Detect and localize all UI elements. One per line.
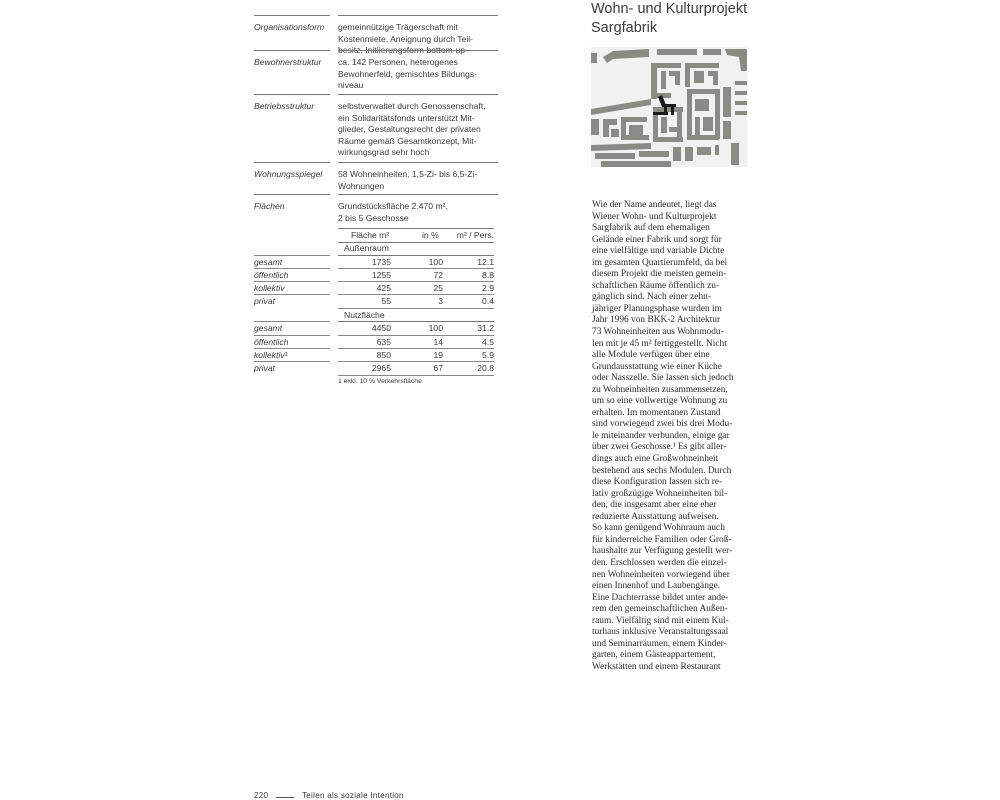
divider xyxy=(254,194,330,195)
divider xyxy=(338,162,498,163)
footnote: 1 exkl. 10 % Verkehrsfläche xyxy=(338,378,422,385)
divider xyxy=(338,228,494,229)
profile-label: Bewohnerstruktur xyxy=(254,57,334,69)
divider xyxy=(338,321,494,322)
divider xyxy=(254,162,330,163)
project-description: Wie der Name andeutet, liegt das Wiener … xyxy=(592,200,752,673)
divider xyxy=(338,335,494,336)
profile-label: Organisationsform xyxy=(254,22,334,34)
divider xyxy=(338,294,494,295)
page-number: 220 xyxy=(254,791,268,800)
col-header-percent: in % xyxy=(422,230,439,241)
divider xyxy=(254,268,330,269)
divider xyxy=(338,348,494,349)
project-title: Wohn- und Kulturprojekt Sargfabrik xyxy=(591,0,771,38)
divider xyxy=(254,361,330,362)
divider xyxy=(254,321,330,322)
divider xyxy=(254,281,330,282)
divider xyxy=(338,15,498,16)
section-title: Nutzfläche xyxy=(344,310,385,321)
profile-label: Betriebsstruktur xyxy=(254,101,334,113)
profile-label: Wohnungsspiegel xyxy=(254,169,334,181)
divider xyxy=(254,94,330,95)
divider xyxy=(254,348,330,349)
divider xyxy=(338,50,498,51)
running-title: Teilen als soziale Intention xyxy=(302,791,404,800)
col-header-per-person: m² / Pers. xyxy=(457,230,494,241)
divider xyxy=(338,308,494,309)
profile-value: Grundstücksfläche 2.470 m², 2 bis 5 Gesc… xyxy=(338,201,498,224)
divider xyxy=(338,281,494,282)
divider xyxy=(254,294,330,295)
divider xyxy=(254,15,330,16)
divider xyxy=(338,375,494,376)
divider xyxy=(276,797,294,798)
divider xyxy=(254,50,330,51)
divider xyxy=(338,361,494,362)
divider xyxy=(338,268,494,269)
profile-value: gemeinnützige Trägerschaft mit Kostenmie… xyxy=(338,22,498,57)
profile-value: 58 Wohneinheiten, 1,5-Zi- bis 6,5-Zi- Wo… xyxy=(338,169,498,192)
profile-value: ca. 142 Personen, heterogenes Bewohnerfe… xyxy=(338,57,498,92)
col-header-area: Fläche m² xyxy=(351,230,389,241)
site-plan-icon xyxy=(591,47,747,167)
divider xyxy=(254,335,330,336)
profile-value: selbstverwaltet durch Genossenschaft, ei… xyxy=(338,101,498,159)
site-plan-map xyxy=(591,47,747,167)
profile-label: Flächen xyxy=(254,201,334,213)
section-title: Außenraum xyxy=(344,243,389,254)
divider xyxy=(254,255,330,256)
divider xyxy=(338,194,498,195)
divider xyxy=(338,255,494,256)
divider xyxy=(338,94,498,95)
